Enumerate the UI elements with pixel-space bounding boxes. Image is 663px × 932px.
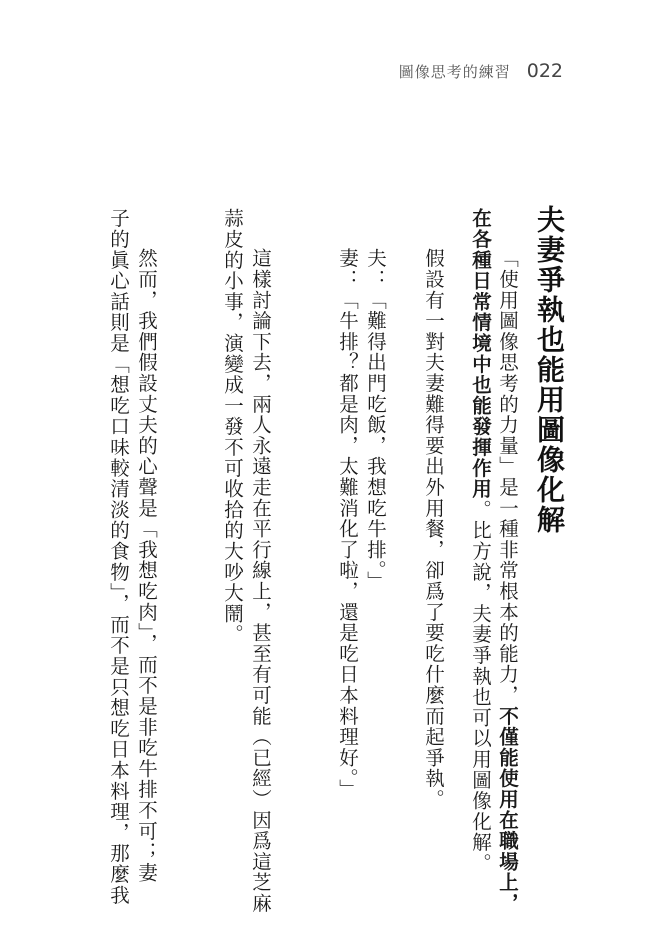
paragraph-1-col-2: 在各種日常情境中也能發揮作用。比方說，夫妻爭執也可以用圖像化解。	[471, 208, 491, 874]
paragraph-1-text: 「使用圖像思考的力量」是一種非常根本的能力，	[496, 248, 519, 706]
husband-line: 「難得出門吃飯，我想吃牛排。」	[364, 290, 387, 592]
paragraph-3-col-2: 蒜皮的小事，演變成一發不可收拾的大吵大鬧。	[223, 208, 243, 645]
paragraph-1-emphasis-cont: 在各種日常情境中也能發揮作用	[469, 208, 492, 499]
speaker-husband: 夫：	[364, 248, 387, 290]
running-title: 圖像思考的練習	[399, 61, 511, 82]
section-title: 夫妻爭執也能用圖像化解	[535, 205, 563, 535]
speaker-wife: 妻：	[336, 248, 359, 290]
page-number: 022	[527, 60, 563, 82]
paragraph-3-col-1: 這樣討論下去，兩人永遠走在平行線上，甚至有可能（已經）因爲這芝麻	[251, 248, 271, 914]
dialogue-wife: 妻：「牛排？都是肉，太難消化了啦，還是吃日本料理好。」	[338, 248, 358, 800]
wife-line: 「牛排？都是肉，太難消化了啦，還是吃日本料理好。」	[336, 290, 359, 800]
paragraph-1-col-1: 「使用圖像思考的力量」是一種非常根本的能力，不僅能使用在職場上，	[498, 248, 518, 914]
dialogue-husband: 夫：「難得出門吃飯，我想吃牛排。」	[366, 248, 386, 592]
paragraph-4-col-1: 然而，我們假設丈夫的心聲是「我想吃肉」，而不是非吃牛排不可；妻	[137, 248, 157, 883]
paragraph-2: 假設有一對夫妻難得要出外用餐，卻爲了要吃什麼而起爭執。	[424, 248, 444, 810]
page-header: 圖像思考的練習 022	[399, 60, 563, 82]
paragraph-1-text-cont: 。比方說，夫妻爭執也可以用圖像化解。	[469, 499, 492, 873]
paragraph-4-col-2: 子的眞心話則是「想吃口味較清淡的食物」，而不是只想吃日本料理，那麼我	[109, 208, 129, 905]
paragraph-1-emphasis: 不僅能使用在職場上，	[496, 706, 519, 914]
